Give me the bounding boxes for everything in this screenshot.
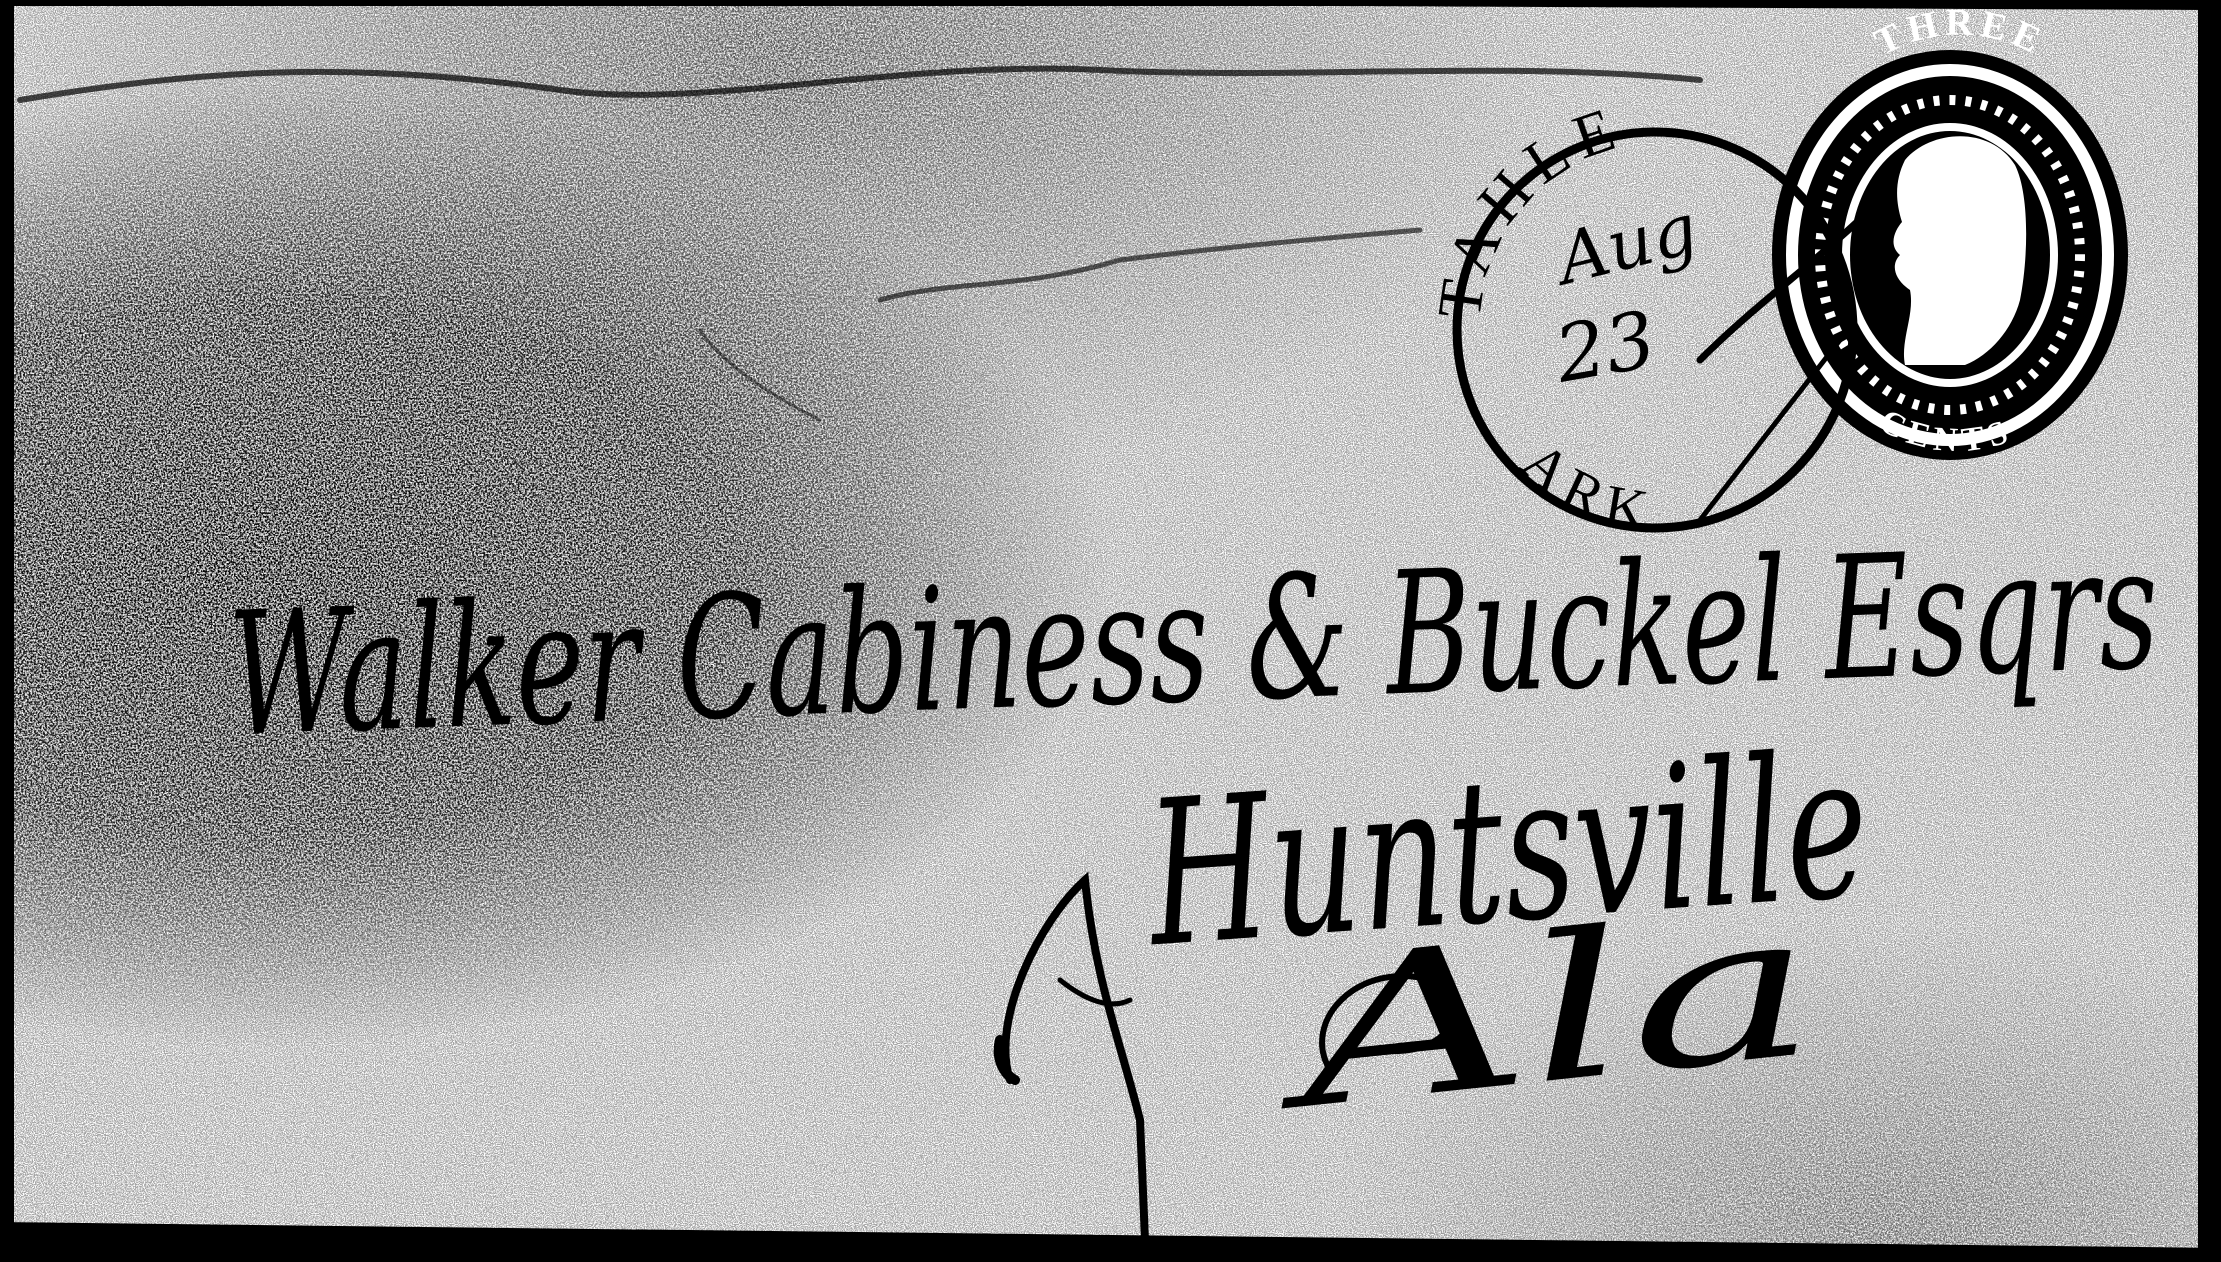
scan-border-top — [0, 0, 2221, 6]
envelope-cover: THREE CENTS TAHLE ARK Aug 23 Walker Cabi… — [0, 0, 2221, 1262]
scan-border-left — [0, 0, 14, 1262]
postmark-day: 23 — [1548, 295, 1662, 401]
scan-border-right — [2198, 0, 2221, 1262]
